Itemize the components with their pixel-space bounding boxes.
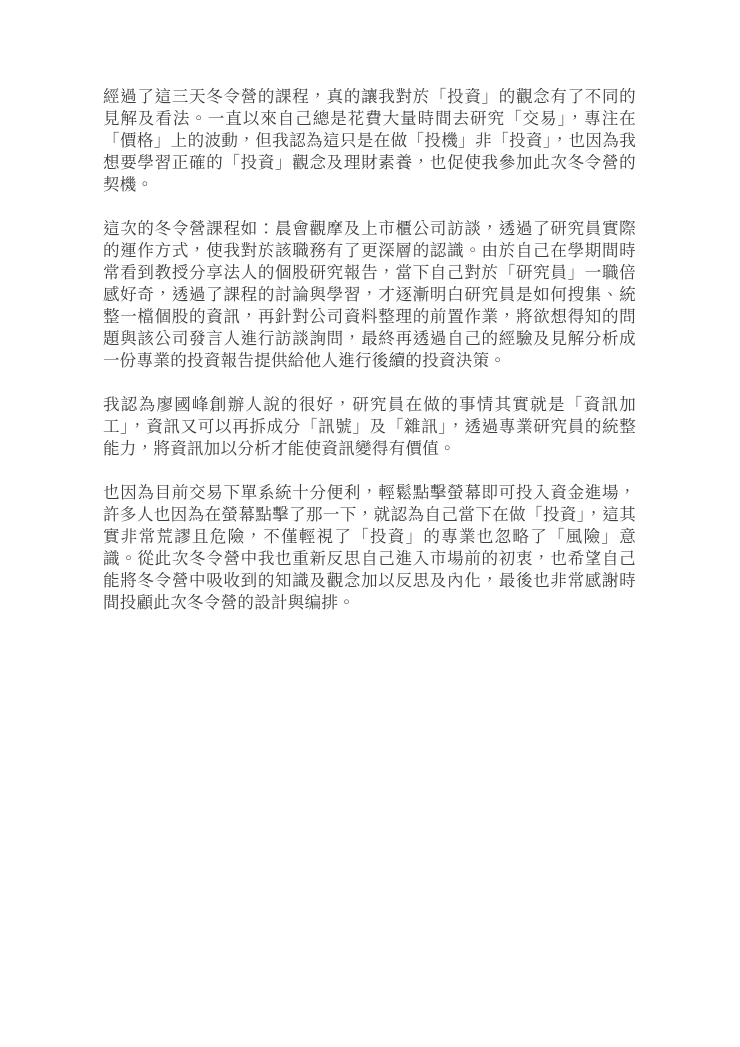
document-page: 經過了這三天冬令營的課程，真的讓我對於「投資」的觀念有了不同的見解及看法。一直以… xyxy=(0,0,740,1047)
paragraph-course-experience: 這次的冬令營課程如：晨會觀摩及上市櫃公司訪談，透過了研究員實際的運作方式，使我對… xyxy=(103,218,636,372)
document-body: 經過了這三天冬令營的課程，真的讓我對於「投資」的觀念有了不同的見解及看法。一直以… xyxy=(103,86,636,614)
paragraph-information-processing: 我認為廖國峰創辦人說的很好，研究員在做的事情其實就是「資訊加工」，資訊又可以再拆… xyxy=(103,394,636,460)
paragraph-intro: 經過了這三天冬令營的課程，真的讓我對於「投資」的觀念有了不同的見解及看法。一直以… xyxy=(103,86,636,196)
paragraph-conclusion: 也因為目前交易下單系統十分便利，輕鬆點擊螢幕即可投入資金進場，許多人也因為在螢幕… xyxy=(103,482,636,614)
